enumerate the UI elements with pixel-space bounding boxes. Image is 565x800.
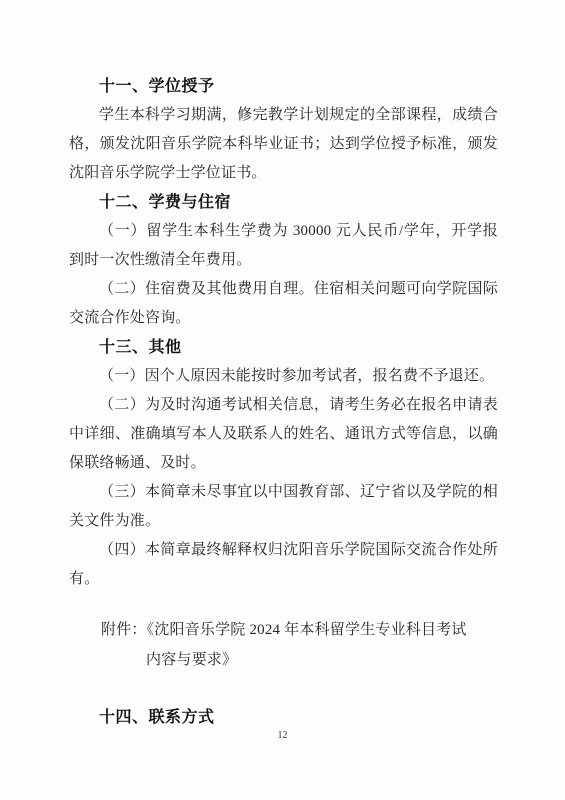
paragraph-others-4: （四）本简章最终解释权归沈阳音乐学院国际交流合作处所有。 xyxy=(69,536,498,594)
section-heading-others: 十三、其他 xyxy=(69,333,498,362)
paragraph-accommodation: （二）住宿费及其他费用自理。住宿相关问题可向学院国际交流合作处咨询。 xyxy=(69,275,498,333)
section-heading-degree-conferral: 十一、学位授予 xyxy=(69,72,498,101)
document-content: 十一、学位授予 学生本科学习期满，修完教学计划规定的全部课程，成绩合格，颁发沈阳… xyxy=(69,72,498,732)
document-page: 十一、学位授予 学生本科学习期满，修完教学计划规定的全部课程，成绩合格，颁发沈阳… xyxy=(0,0,565,800)
paragraph-others-1: （一）因个人原因未能按时参加考试者，报名费不予退还。 xyxy=(69,362,498,391)
section-heading-contact: 十四、联系方式 xyxy=(69,703,498,732)
section-heading-tuition-accommodation: 十二、学费与住宿 xyxy=(69,188,498,217)
attachment-line-2: 内容与要求》 xyxy=(146,645,498,675)
page-number: 12 xyxy=(0,730,565,742)
paragraph-tuition: （一）留学生本科生学费为 30000 元人民币/学年，开学报到时一次性缴清全年费… xyxy=(69,217,498,275)
paragraph-others-3: （三）本简章未尽事宜以中国教育部、辽宁省以及学院的相关文件为准。 xyxy=(69,478,498,536)
attachment-note: 附件：《沈阳音乐学院 2024 年本科留学生专业科目考试 内容与要求》 xyxy=(69,615,498,675)
paragraph-degree-conferral: 学生本科学习期满，修完教学计划规定的全部课程，成绩合格，颁发沈阳音乐学院本科毕业… xyxy=(69,101,498,188)
attachment-line-1: 附件：《沈阳音乐学院 2024 年本科留学生专业科目考试 xyxy=(101,615,498,645)
paragraph-others-2: （二）为及时沟通考试相关信息，请考生务必在报名申请表中详细、准确填写本人及联系人… xyxy=(69,391,498,478)
